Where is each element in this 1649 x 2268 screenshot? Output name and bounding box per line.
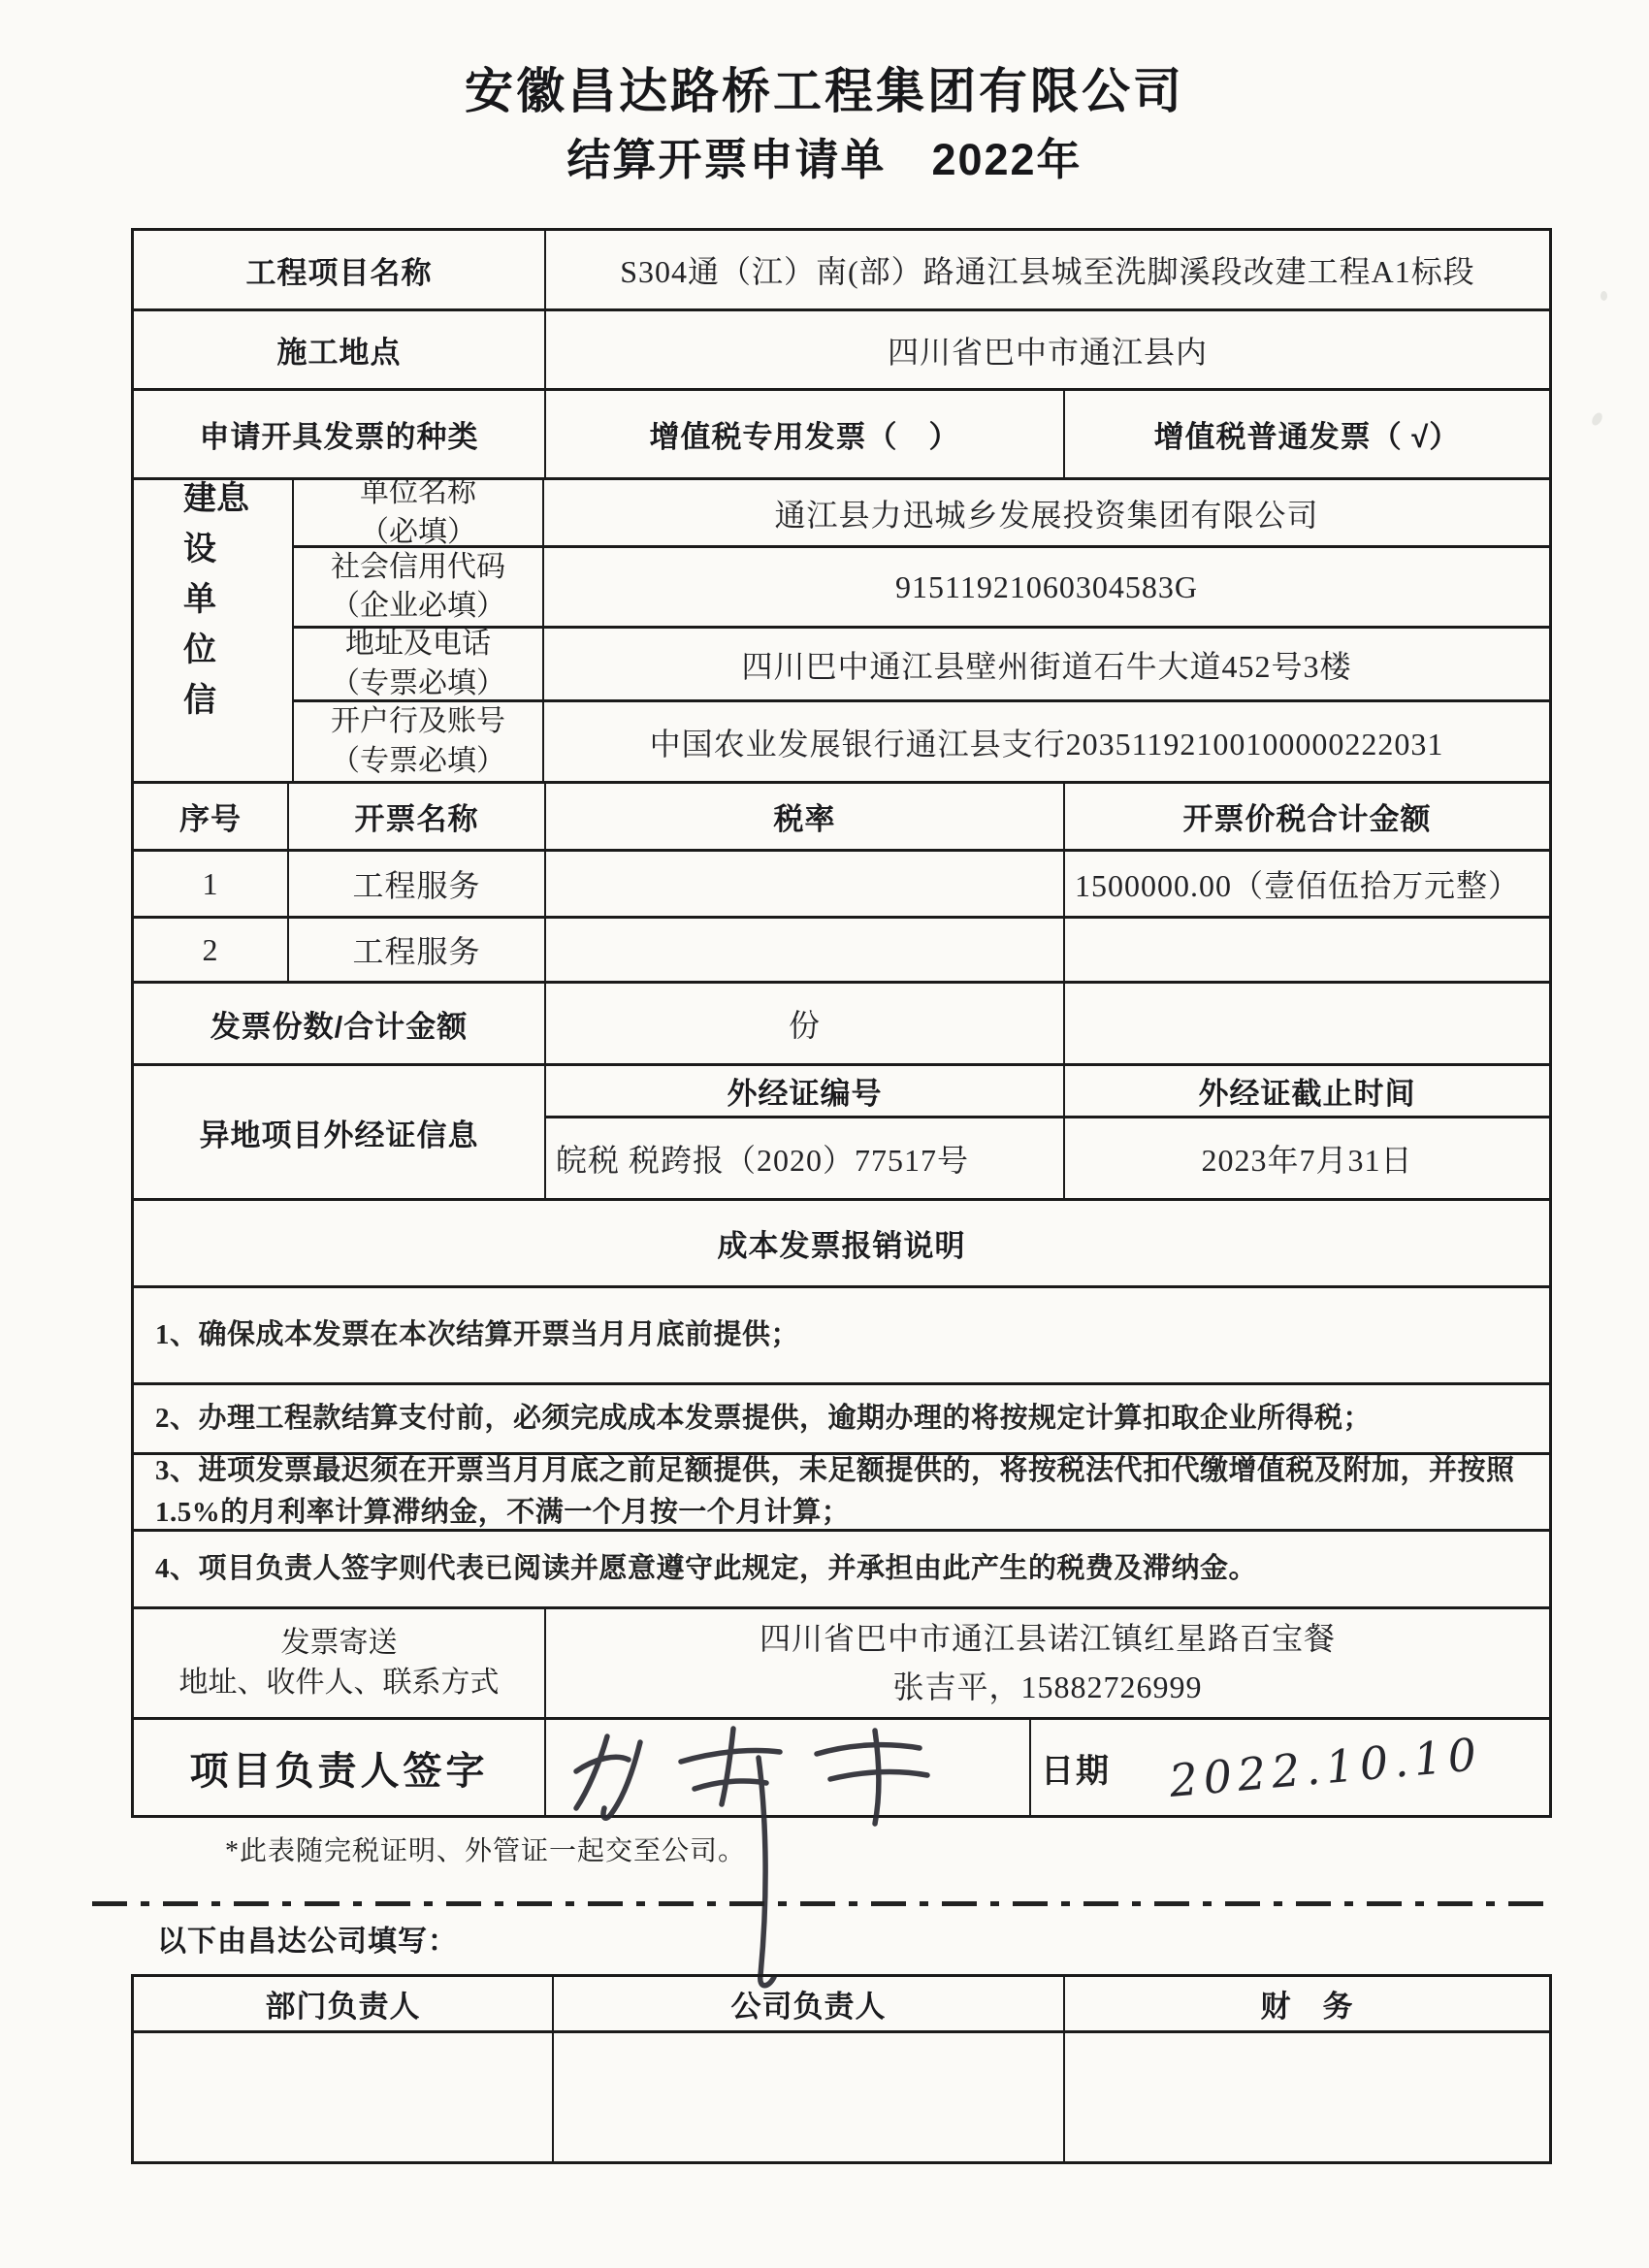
owner-info-block: 建设单位信息 单位名称 （必填） 通江县力迅城乡发展投资集团有限公司 社会信用代… [134,480,1549,784]
owner-code-label-line2: （企业必填） [331,587,505,626]
row1-no: 1 [134,852,289,916]
row2-no: 2 [134,919,289,981]
invoice-type-label: 申请开具发票的种类 [134,391,546,477]
note-item-4: 4、项目负责人签字则代表已阅读并愿意遵守此规定，并承担由此产生的税费及滞纳金。 [134,1532,1549,1606]
company-title: 安徽昌达路桥工程集团有限公司 [0,52,1649,122]
approval-company-header: 公司负责人 [554,1977,1065,2030]
notes-header: 成本发票报销说明 [134,1201,1549,1285]
note-item-3-row: 3、进项发票最迟须在开票当月月底之前足额提供，未足额提供的，将按税法代扣代缴增值… [134,1455,1549,1532]
project-name-label: 工程项目名称 [134,231,546,308]
owner-name-label-line1: 单位名称 [360,480,476,513]
header-rate: 税率 [546,784,1065,849]
row1-name: 工程服务 [289,852,546,916]
owner-address-value: 四川巴中通江县壁州街道石牛大道452号3楼 [544,629,1549,699]
owner-address-label: 地址及电话 （专票必填） [294,629,544,699]
dash-divider [92,1901,1555,1906]
row1-amount: 1500000.00（壹佰伍拾万元整） [1065,852,1549,916]
date-handwriting: 2022.10.10 [1167,1728,1484,1807]
approval-table: 部门负责人 公司负责人 财 务 [131,1974,1552,2164]
note-item-2-row: 2、办理工程款结算支付前，必须完成成本发票提供，逾期办理的将按规定计算扣取企业所… [134,1385,1549,1455]
project-name-row: 工程项目名称 S304通（江）南(部）路通江县城至洗脚溪段改建工程A1标段 [134,231,1549,311]
delivery-label-line1: 发票寄送 [281,1624,398,1664]
owner-address-label-line2: （专票必填） [331,664,505,700]
project-name-value: S304通（江）南(部）路通江县城至洗脚溪段改建工程A1标段 [546,231,1549,308]
owner-bank-label: 开户行及账号 （专票必填） [294,702,544,781]
copies-label: 发票份数/合计金额 [134,984,546,1063]
scan-speck [1600,291,1607,301]
invoice-type-general: 增值税普通发票（ √） [1065,391,1549,477]
location-value: 四川省巴中市通江县内 [546,311,1549,388]
owner-bank-row: 开户行及账号 （专票必填） 中国农业发展银行通江县支行2035119210010… [294,702,1549,781]
sign-label: 项目负责人签字 [134,1720,546,1815]
scan-speck [1590,411,1604,428]
note-item-1-row: 1、确保成本发票在本次结算开票当月月底前提供； [134,1288,1549,1385]
approval-company-cell [554,2033,1065,2161]
owner-code-label: 社会信用代码 （企业必填） [294,548,544,626]
invoice-row-2: 2 工程服务 [134,919,1549,984]
out-cert-value-row: 皖税 税跨报（2020）77517号 2023年7月31日 [546,1118,1549,1198]
fill-note: 以下由昌达公司填写： [157,1917,458,1960]
out-cert-end-value: 2023年7月31日 [1065,1118,1549,1198]
row2-name: 工程服务 [289,919,546,981]
owner-bank-value: 中国农业发展银行通江县支行20351192100100000222031 [544,702,1549,781]
delivery-row: 发票寄送 地址、收件人、联系方式 四川省巴中市通江县诺江镇红星路百宝餐 张吉平，… [134,1609,1549,1720]
invoice-type-row: 申请开具发票的种类 增值税专用发票（ ） 增值税普通发票（ √） [134,391,1549,480]
date-label: 日期 [1041,1744,1111,1792]
owner-bank-label-line2: （专票必填） [331,742,505,782]
signature-cell [546,1720,1031,1815]
approval-dept-cell [134,2033,554,2161]
delivery-contact: 张吉平，15882726999 [892,1664,1202,1712]
out-cert-label: 异地项目外经证信息 [134,1066,546,1198]
header-name: 开票名称 [289,784,546,849]
owner-name-value: 通江县力迅城乡发展投资集团有限公司 [544,480,1549,545]
main-form-table: 工程项目名称 S304通（江）南(部）路通江县城至洗脚溪段改建工程A1标段 施工… [131,228,1552,1818]
copies-amount [1065,984,1549,1063]
owner-group-label-text: 建设单位信息 [180,480,246,781]
note-item-1: 1、确保成本发票在本次结算开票当月月底前提供； [134,1288,1549,1382]
approval-dept-header: 部门负责人 [134,1977,554,2030]
invoice-table-header: 序号 开票名称 税率 开票价税合计金额 [134,784,1549,852]
copies-row: 发票份数/合计金额 份 [134,984,1549,1066]
owner-bank-label-line1: 开户行及账号 [331,702,505,742]
sign-row: 项目负责人签字 日期 2022.10.10 [134,1720,1549,1815]
header-amount: 开票价税合计金额 [1065,784,1549,849]
footnote: *此表随完税证明、外管证一起交至公司。 [225,1830,746,1868]
approval-finance-cell [1065,2033,1549,2161]
owner-address-label-line1: 地址及电话 [345,629,491,664]
approval-header-row: 部门负责人 公司负责人 财 务 [134,1977,1549,2033]
delivery-value: 四川省巴中市通江县诺江镇红星路百宝餐 张吉平，15882726999 [546,1609,1549,1717]
location-label: 施工地点 [134,311,546,388]
delivery-label: 发票寄送 地址、收件人、联系方式 [134,1609,546,1717]
approval-finance-header: 财 务 [1065,1977,1549,2030]
owner-name-label-line2: （必填） [360,513,476,546]
notes-header-row: 成本发票报销说明 [134,1201,1549,1288]
owner-name-row: 单位名称 （必填） 通江县力迅城乡发展投资集团有限公司 [294,480,1549,548]
date-cell: 日期 2022.10.10 [1031,1720,1549,1815]
note-item-4-row: 4、项目负责人签字则代表已阅读并愿意遵守此规定，并承担由此产生的税费及滞纳金。 [134,1532,1549,1609]
form-title: 结算开票申请单 2022年 [0,124,1649,187]
owner-code-row: 社会信用代码 （企业必填） 91511921060304583G [294,548,1549,629]
owner-group-label: 建设单位信息 [134,480,294,781]
approval-empty-row [134,2033,1549,2161]
copies-unit: 份 [546,984,1065,1063]
owner-address-row: 地址及电话 （专票必填） 四川巴中通江县壁州街道石牛大道452号3楼 [294,629,1549,702]
out-cert-no-value: 皖税 税跨报（2020）77517号 [546,1118,1065,1198]
owner-name-label: 单位名称 （必填） [294,480,544,545]
invoice-type-special: 增值税专用发票（ ） [546,391,1065,477]
out-cert-block: 异地项目外经证信息 外经证编号 外经证截止时间 皖税 税跨报（2020）7751… [134,1066,1549,1201]
delivery-label-line2: 地址、收件人、联系方式 [179,1664,500,1703]
invoice-row-1: 1 工程服务 1500000.00（壹佰伍拾万元整） [134,852,1549,919]
out-cert-no-header: 外经证编号 [546,1066,1065,1116]
note-item-2: 2、办理工程款结算支付前，必须完成成本发票提供，逾期办理的将按规定计算扣取企业所… [134,1385,1549,1452]
row2-rate [546,919,1065,981]
out-cert-end-header: 外经证截止时间 [1065,1066,1549,1116]
owner-rows: 单位名称 （必填） 通江县力迅城乡发展投资集团有限公司 社会信用代码 （企业必填… [294,480,1549,781]
row1-rate [546,852,1065,916]
owner-code-value: 91511921060304583G [544,548,1549,626]
note-item-3: 3、进项发票最迟须在开票当月月底之前足额提供，未足额提供的，将按税法代扣代缴增值… [134,1455,1549,1529]
delivery-address: 四川省巴中市通江县诺江镇红星路百宝餐 [760,1615,1336,1664]
out-cert-header-row: 外经证编号 外经证截止时间 [546,1066,1549,1118]
row2-amount [1065,919,1549,981]
scanned-form-page: { "colors": {"paper": "#fbfaf7", "ink": … [0,0,1649,2268]
out-cert-cols: 外经证编号 外经证截止时间 皖税 税跨报（2020）77517号 2023年7月… [546,1066,1549,1198]
header-no: 序号 [134,784,289,849]
location-row: 施工地点 四川省巴中市通江县内 [134,311,1549,391]
owner-code-label-line1: 社会信用代码 [331,548,505,587]
